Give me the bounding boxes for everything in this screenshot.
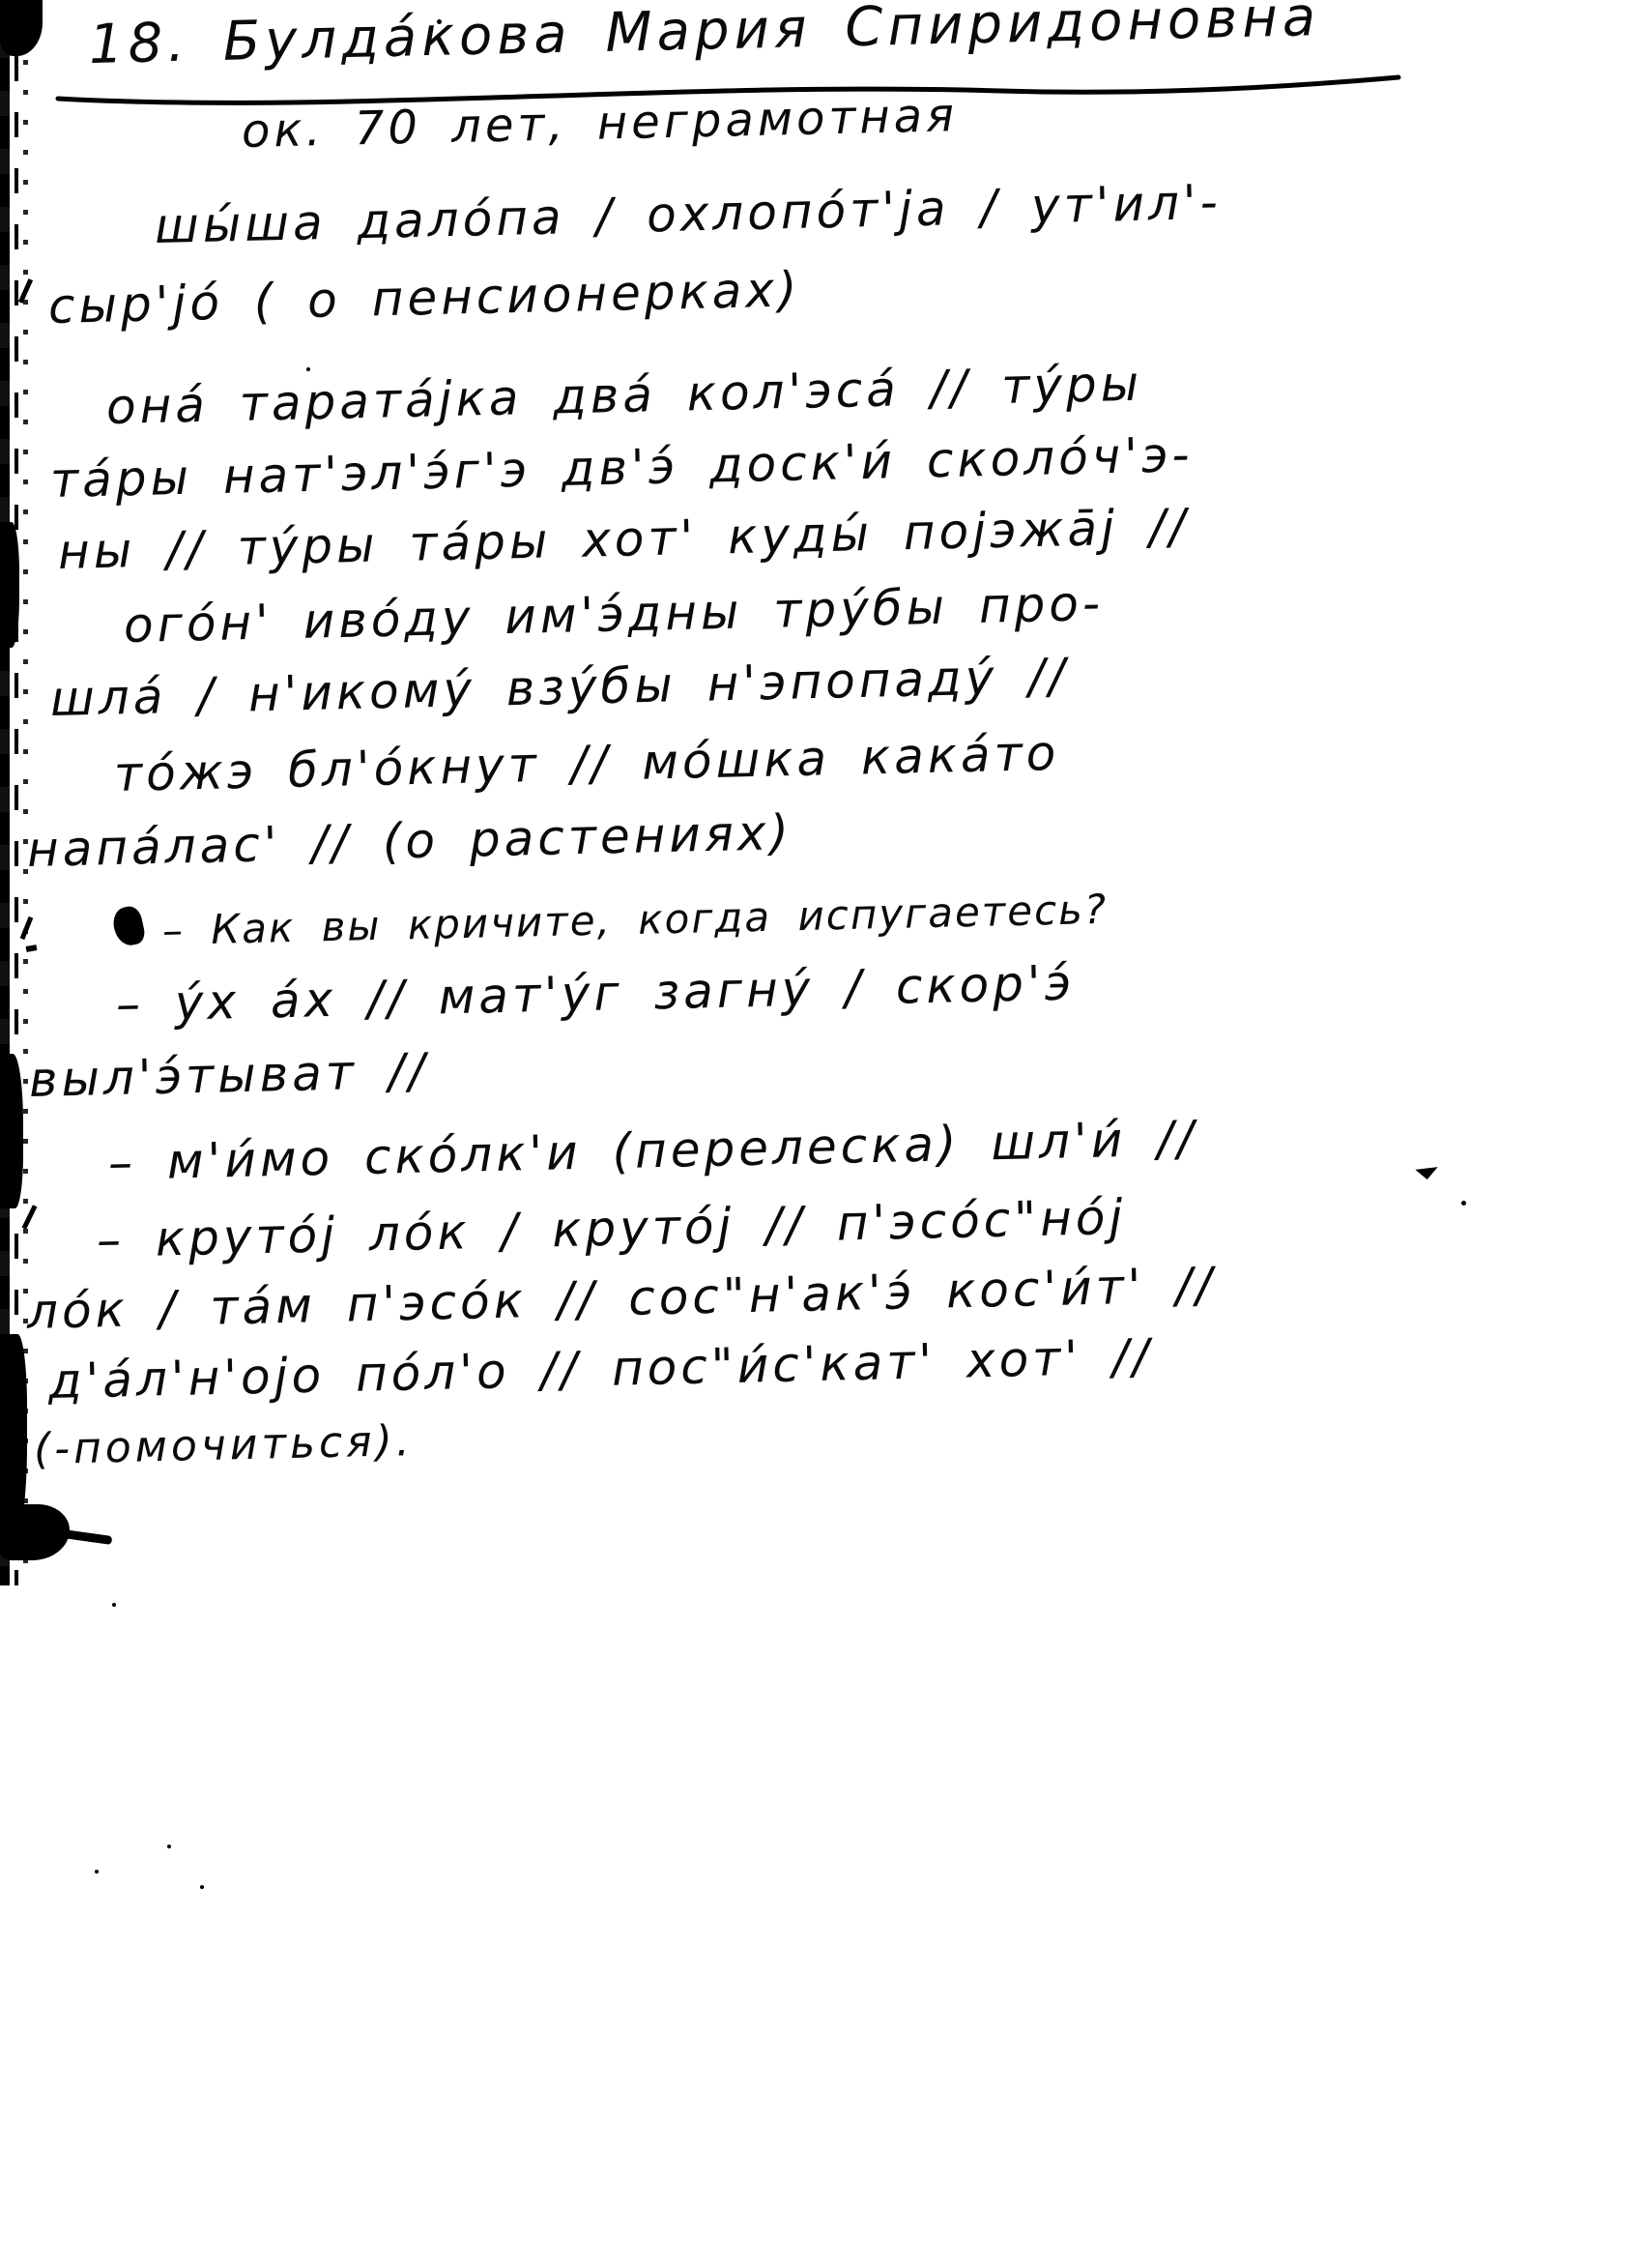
ink-dot <box>1461 1201 1466 1206</box>
scan-blotch <box>0 1054 23 1208</box>
ink-dot <box>306 367 310 371</box>
transcript-line: то́жэ бл'о́кнут // мо́шка кака́то <box>113 725 1060 802</box>
scan-edge-specks <box>23 0 28 1585</box>
transcript-line: ло́к / та́м п'эсо́к // сос"н'ак'э́ кос'и… <box>26 1257 1216 1340</box>
ink-dot <box>167 1845 171 1848</box>
transcript-line: шла́ / н'икому́ взу́бы н'эпопаду́ // <box>49 648 1069 727</box>
header-line: 18. Булда́кова Мария Спиридоновна <box>88 0 1321 76</box>
transcript-line: ого́н' иво́ду им'э́дны тру́бы про- <box>123 575 1104 654</box>
scan-blotch <box>0 522 19 648</box>
transcript-line: выл'э́тыват // <box>28 1043 429 1108</box>
transcript-line: она́ тарата́jка два́ кол'эса́ // ту́ры <box>105 356 1142 435</box>
scanned-notebook-page: 18. Булда́кова Мария Спиридоновна ок. 70… <box>0 0 1643 2268</box>
transcript-line: – круто́j ло́к / круто́j // п'эсо́с"но́j <box>96 1189 1127 1268</box>
transcript-line: – м'и́мо ско́лк'и (перелеска) шл'и́ // <box>107 1110 1197 1191</box>
transcript-line: напа́лас' // (о растениях) <box>26 804 793 878</box>
transcript-line: ны // ту́ры та́ры хот' куды́ поjэжа̄j // <box>57 498 1190 580</box>
collector-question-line: – Как вы кричите, когда испугаетесь? <box>161 886 1108 954</box>
transcript-line: д'а́л'н'оjо по́л'о // пос"и́с'кат' хот' … <box>47 1328 1153 1410</box>
transcript-line: шы́ша дало́па / охлопо́т'jа / ут'ил'- <box>154 174 1222 254</box>
crossed-out-ink-blob <box>110 904 147 947</box>
informant-name: Булда́кова Мария Спиридоновна <box>222 0 1321 73</box>
ink-dot <box>95 1870 99 1874</box>
transcript-line: та́ры нат'эл'э́г'э дв'э́ доск'и́ сколо́ч… <box>49 426 1194 509</box>
transcript-line: – у́х а́х // мат'у́г загну́ / скор'э́ <box>115 954 1075 1032</box>
transcript-line: (-помочиться). <box>33 1416 414 1474</box>
ink-wedge-mark <box>1415 1157 1437 1179</box>
transcript-line: сыр'jо́ ( о пенсионерках) <box>47 261 801 334</box>
ink-dot <box>112 1603 116 1607</box>
entry-number: 18. <box>88 12 190 76</box>
ink-dot <box>200 1885 204 1889</box>
